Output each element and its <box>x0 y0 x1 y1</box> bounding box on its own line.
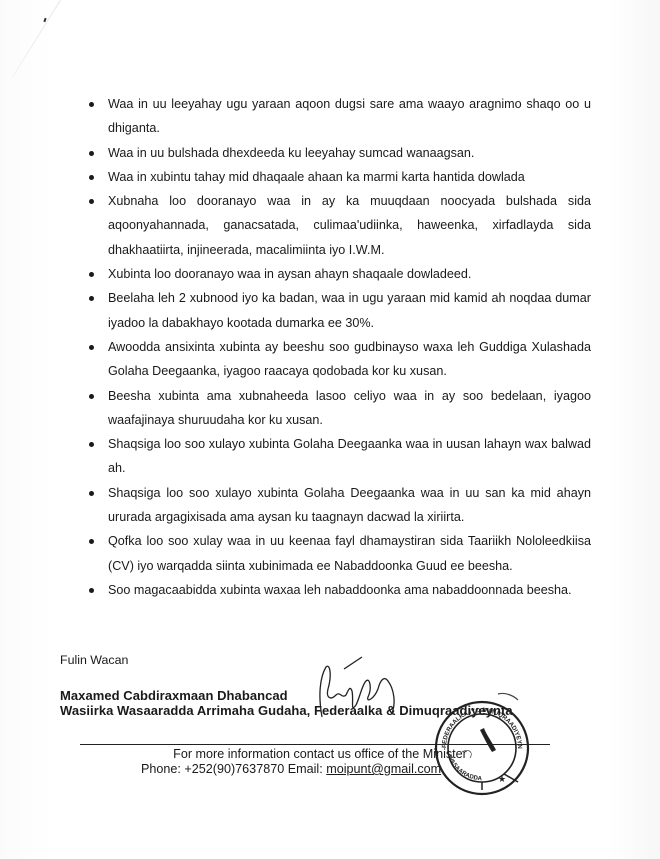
list-item: Qofka loo soo xulay waa in uu keenaa fay… <box>86 529 591 578</box>
list-item: Shaqsiga loo soo xulayo xubinta Golaha D… <box>86 432 591 481</box>
list-item: Soo magacaabidda xubinta waxaa leh nabad… <box>86 578 591 602</box>
list-item: Waa in xubintu tahay mid dhaqaale ahaan … <box>86 165 591 189</box>
official-seal-icon: ★ FEDERAALKA IYO DIMUQRAADIYEYNTA WASAAR… <box>432 690 532 800</box>
list-item: Awoodda ansixinta xubinta ay beeshu soo … <box>86 335 591 384</box>
requirements-list: Waa in uu leeyahay ugu yaraan aqoon dugs… <box>86 92 591 602</box>
list-item: Waa in uu bulshada dhexdeeda ku leeyahay… <box>86 141 591 165</box>
closing-salutation: Fulin Wacan <box>60 653 128 667</box>
list-item: Waa in uu leeyahay ugu yaraan aqoon dugs… <box>86 92 591 141</box>
list-item: Xubnaha loo dooranayo waa in ay ka muuqd… <box>86 189 591 262</box>
footer-phone: Phone: +252(90)7637870 Email: <box>141 762 326 776</box>
list-item: Xubinta loo dooranayo waa in aysan ahayn… <box>86 262 591 286</box>
list-item: Beelaha leh 2 xubnood iyo ka badan, waa … <box>86 286 591 335</box>
svg-text:★: ★ <box>498 775 506 785</box>
svg-text:WASAARADDA: WASAARADDA <box>446 754 483 782</box>
footer-email-link[interactable]: moipunt@gmail.com <box>326 762 441 776</box>
document-page: Waa in uu leeyahay ugu yaraan aqoon dugs… <box>0 0 660 859</box>
list-item: Shaqsiga loo soo xulayo xubinta Golaha D… <box>86 481 591 530</box>
signature-icon <box>300 655 420 725</box>
paper-fold-mark <box>12 0 61 77</box>
list-item: Beesha xubinta ama xubnaheeda lasoo celi… <box>86 384 591 433</box>
